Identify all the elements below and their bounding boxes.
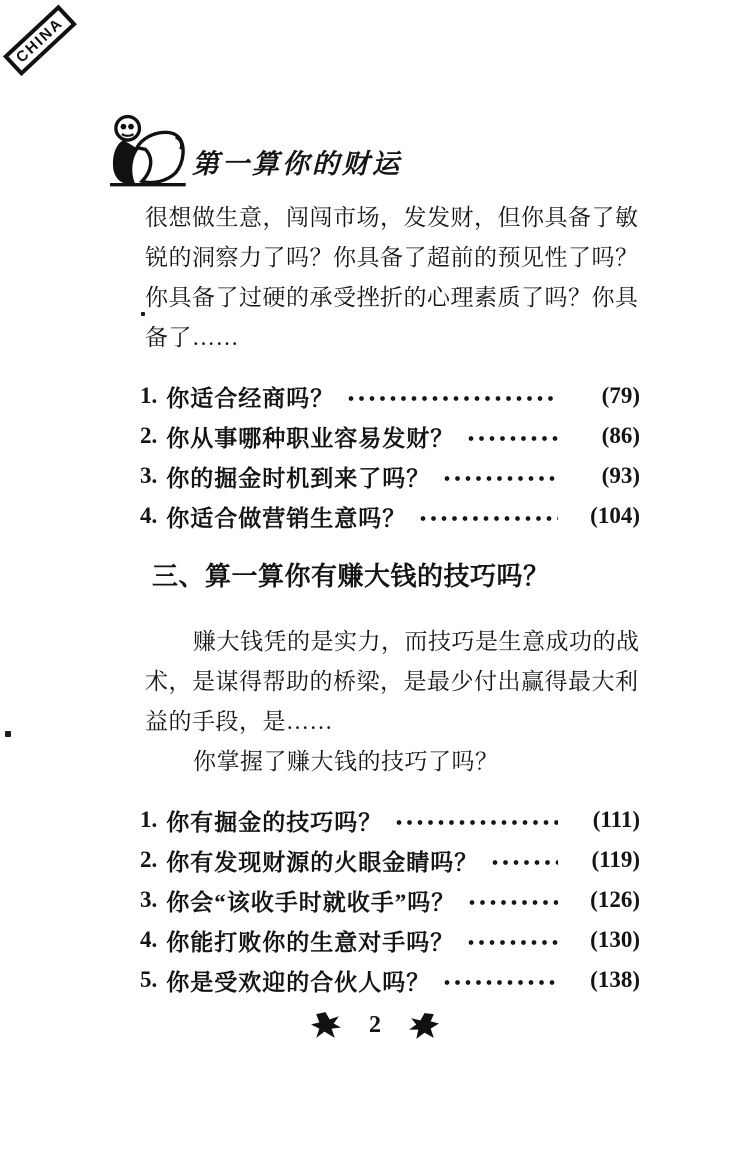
toc-entry-title: 你有掘金的技巧吗？ [166,804,382,837]
toc-entry-number: 3. [140,463,157,489]
toc-entry: 2. 你从事哪种职业容易发财？ (86) [140,416,640,456]
toc-entry-number: 1. [140,383,157,409]
dot-leader [348,395,558,403]
toc-entry-number: 4. [140,503,157,529]
toc-entry-number: 2. [140,847,157,873]
section-heading: 三、算一算你有赚大钱的技巧吗？ [152,556,550,593]
toc-entry-page: (79) [568,383,640,409]
toc-entry-number: 3. [140,887,157,913]
toc-entry-title: 你适合经商吗？ [166,380,334,413]
toc-entry-title: 你的掘金时机到来了吗？ [166,460,430,493]
section-paragraph: 赚大钱凭的是实力，而技巧是生意成功的战 术，是谋得帮助的桥梁，是最少付出赢得最大… [145,622,637,782]
page-number: 2 [369,1012,381,1039]
ink-blot-icon [309,1010,343,1041]
toc-entry-page: (126) [568,887,640,913]
book-page: CHINA 第一算你的财运 很想做生意，闯闯市场，发发财，但你具备了敏 锐的洞察… [0,0,750,1152]
toc-entry: 5. 你是受欢迎的合伙人吗？ (138) [140,960,640,1000]
intro-line: 你具备了过硬的承受挫折的心理素质了吗？你具 [145,278,637,318]
toc-entry-number: 4. [140,927,157,953]
toc-entry: 1. 你适合经商吗？ (79) [140,376,640,416]
toc-list-2: 1. 你有掘金的技巧吗？ (111) 2. 你有发现财源的火眼金睛吗？ (119… [140,800,640,1000]
intro-line: 锐的洞察力了吗？你具备了超前的预见性了吗？ [145,238,637,278]
toc-entry-page: (86) [568,423,640,449]
intro-paragraph: 很想做生意，闯闯市场，发发财，但你具备了敏 锐的洞察力了吗？你具备了超前的预见性… [145,198,637,358]
toc-entry-number: 1. [140,807,157,833]
scribe-with-scroll-icon [104,114,190,188]
toc-entry-number: 2. [140,423,157,449]
chapter-running-title: 第一算你的财运 [192,142,402,181]
toc-entry-page: (119) [568,847,640,873]
toc-entry-title: 你是受欢迎的合伙人吗？ [166,964,430,997]
toc-entry-title: 你适合做营销生意吗？ [166,500,406,533]
paragraph-line: 赚大钱凭的是实力，而技巧是生意成功的战 [145,622,637,662]
toc-entry: 1. 你有掘金的技巧吗？ (111) [140,800,640,840]
toc-entry: 4. 你能打败你的生意对手吗？ (130) [140,920,640,960]
ink-blot-icon [407,1010,441,1041]
dot-leader [444,475,558,483]
dot-leader [468,939,558,947]
dot-leader [469,899,558,907]
intro-line: 备了…… [145,318,637,358]
toc-entry: 3. 你会“该收手时就收手”吗？ (126) [140,880,640,920]
toc-list-1: 1. 你适合经商吗？ (79) 2. 你从事哪种职业容易发财？ (86) 3. … [140,376,640,536]
dot-leader [492,859,558,867]
toc-entry: 4. 你适合做营销生意吗？ (104) [140,496,640,536]
toc-entry-title: 你从事哪种职业容易发财？ [166,420,454,453]
toc-entry-title: 你能打败你的生意对手吗？ [166,924,454,957]
dot-leader [396,819,558,827]
dot-leader [468,435,558,443]
toc-entry-page: (104) [568,503,640,529]
page-footer: 2 [0,1010,750,1041]
toc-entry-page: (93) [568,463,640,489]
scan-artifact-dot [141,312,145,316]
toc-entry-title: 你会“该收手时就收手”吗？ [166,884,455,917]
paragraph-line: 益的手段，是…… [145,702,637,742]
toc-entry-title: 你有发现财源的火眼金睛吗？ [166,844,478,877]
dot-leader [420,515,558,523]
paragraph-question-line: 你掌握了赚大钱的技巧了吗？ [145,742,637,782]
toc-entry-page: (138) [568,967,640,993]
china-stamp: CHINA [3,5,77,76]
toc-entry: 3. 你的掘金时机到来了吗？ (93) [140,456,640,496]
paragraph-line: 术，是谋得帮助的桥梁，是最少付出赢得最大利 [145,662,637,702]
scan-artifact-dot [5,731,11,737]
toc-entry-number: 5. [140,967,157,993]
toc-entry-page: (111) [568,807,640,833]
intro-line: 很想做生意，闯闯市场，发发财，但你具备了敏 [145,198,637,238]
toc-entry: 2. 你有发现财源的火眼金睛吗？ (119) [140,840,640,880]
dot-leader [444,979,558,987]
toc-entry-page: (130) [568,927,640,953]
